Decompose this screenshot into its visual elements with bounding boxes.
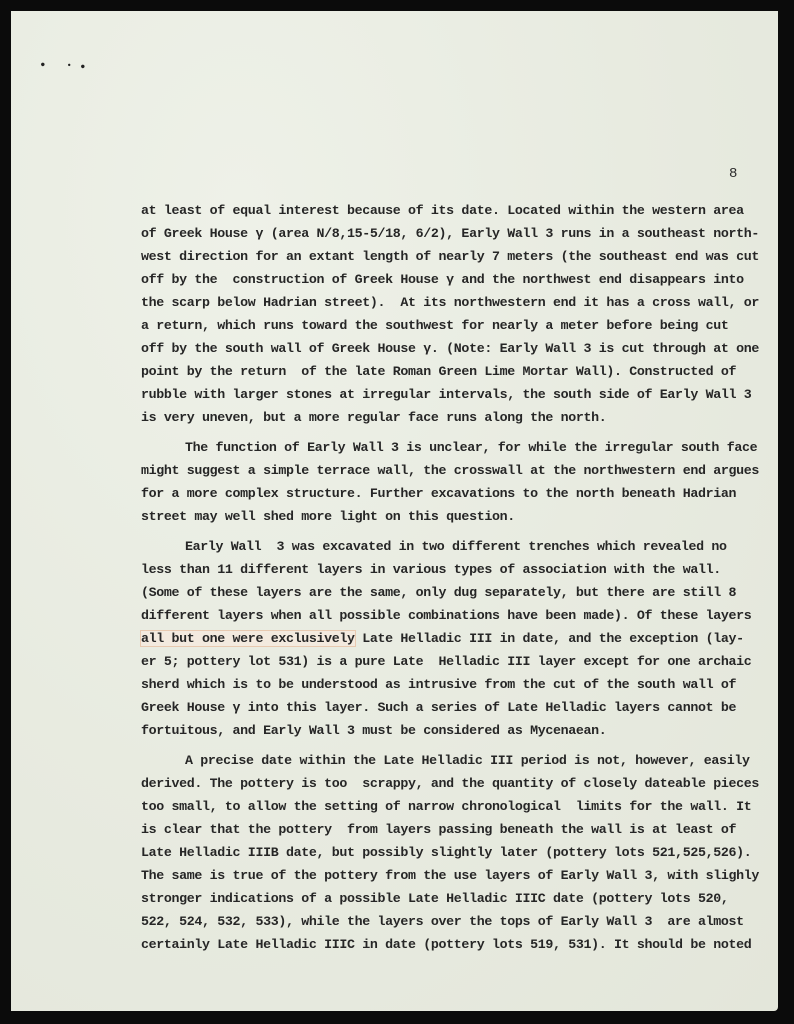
- text-line: 522, 524, 532, 533), while the layers ov…: [141, 910, 781, 933]
- text-line: stronger indications of a possible Late …: [141, 887, 781, 910]
- highlight-mark: all but one were exclusively: [141, 631, 355, 646]
- text-line: derived. The pottery is too scrappy, and…: [141, 772, 781, 795]
- text-line: is very uneven, but a more regular face …: [141, 406, 781, 429]
- text-line: street may well shed more light on this …: [141, 505, 781, 528]
- text-line: the scarp below Hadrian street). At its …: [141, 291, 781, 314]
- text-line: er 5; pottery lot 531) is a pure Late He…: [141, 650, 781, 673]
- paragraph-2: The function of Early Wall 3 is unclear,…: [141, 436, 781, 528]
- text-line: Late Helladic IIIB date, but possibly sl…: [141, 841, 781, 864]
- text-line: (Some of these layers are the same, only…: [141, 581, 781, 604]
- text-line: less than 11 different layers in various…: [141, 558, 781, 581]
- text-line-rest: Late Helladic III in date, and the excep…: [355, 631, 744, 646]
- text-line: might suggest a simple terrace wall, the…: [141, 459, 781, 482]
- text-line: a return, which runs toward the southwes…: [141, 314, 781, 337]
- body-text: at least of equal interest because of it…: [141, 199, 781, 956]
- paragraph-4: A precise date within the Late Helladic …: [141, 749, 781, 956]
- text-line: rubble with larger stones at irregular i…: [141, 383, 781, 406]
- text-line: is clear that the pottery from layers pa…: [141, 818, 781, 841]
- text-line: off by the south wall of Greek House γ. …: [141, 337, 781, 360]
- paragraph-1: at least of equal interest because of it…: [141, 199, 781, 429]
- text-line: Early Wall 3 was excavated in two differ…: [141, 535, 781, 558]
- text-line: fortuitous, and Early Wall 3 must be con…: [141, 719, 781, 742]
- paragraph-3: Early Wall 3 was excavated in two differ…: [141, 535, 781, 742]
- text-line: too small, to allow the setting of narro…: [141, 795, 781, 818]
- text-line-highlighted: all but one were exclusively Late Hellad…: [141, 627, 781, 650]
- text-line: off by the construction of Greek House γ…: [141, 268, 781, 291]
- page-number: 8: [729, 166, 737, 182]
- text-line: of Greek House γ (area N/8,15-5/18, 6/2)…: [141, 222, 781, 245]
- text-line: for a more complex structure. Further ex…: [141, 482, 781, 505]
- text-line: point by the return of the late Roman Gr…: [141, 360, 781, 383]
- text-line: The same is true of the pottery from the…: [141, 864, 781, 887]
- text-line: west direction for an extant length of n…: [141, 245, 781, 268]
- text-line: Greek House γ into this layer. Such a se…: [141, 696, 781, 719]
- text-line: A precise date within the Late Helladic …: [141, 749, 781, 772]
- text-line: different layers when all possible combi…: [141, 604, 781, 627]
- document-page: ● ● ● 8 at least of equal interest becau…: [11, 11, 778, 1011]
- text-line: at least of equal interest because of it…: [141, 199, 781, 222]
- text-line: sherd which is to be understood as intru…: [141, 673, 781, 696]
- text-line: certainly Late Helladic IIIC in date (po…: [141, 933, 781, 956]
- text-line: The function of Early Wall 3 is unclear,…: [141, 436, 781, 459]
